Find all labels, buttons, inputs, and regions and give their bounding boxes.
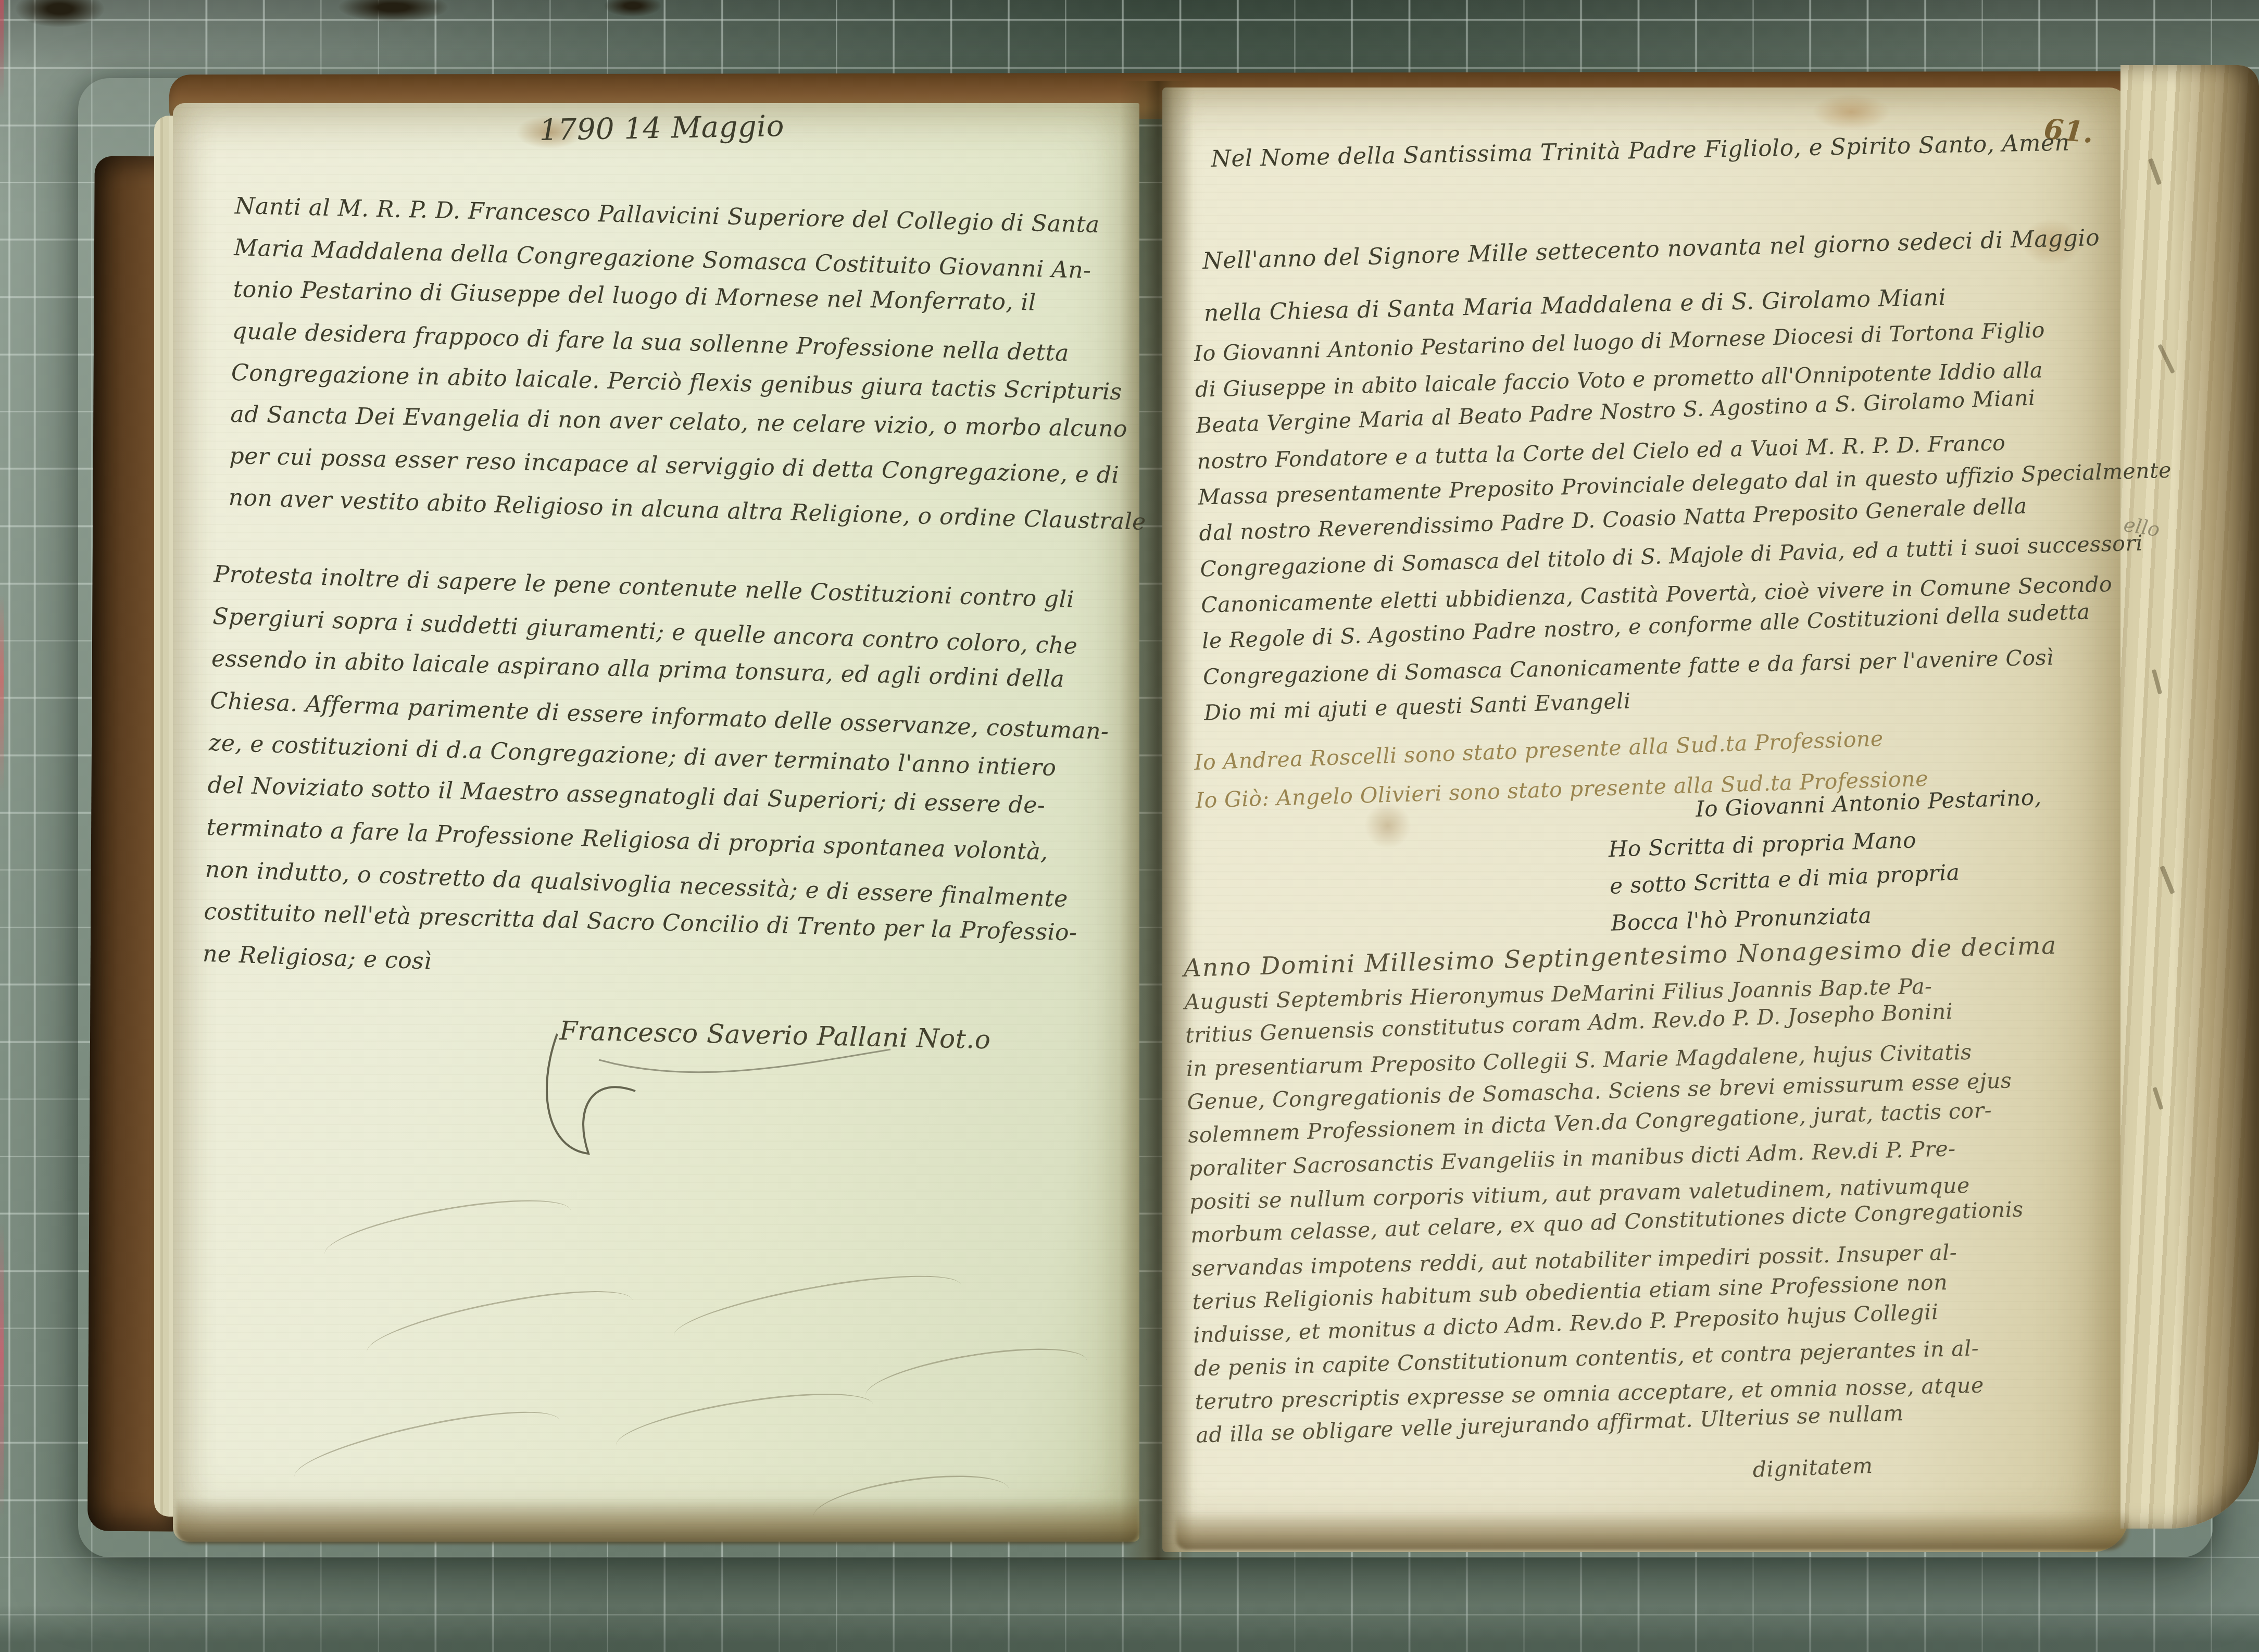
mat-bottom-shadow xyxy=(0,1605,2259,1652)
fore-edge-pages xyxy=(2120,65,2259,1529)
catchword: dignitatem xyxy=(1752,1453,1873,1482)
photo-edge-artifact xyxy=(0,0,4,1652)
fore-edge-ink-mark xyxy=(2157,344,2175,373)
latin-act-paragraph: Anno Domini Millesimo Septingentesimo No… xyxy=(1183,927,2144,1451)
fore-edge-ink-mark xyxy=(2148,158,2162,185)
paper-stain xyxy=(1812,94,1890,130)
fore-edge-ink-mark xyxy=(2160,866,2175,894)
entry-date-heading: 1790 14 Maggio xyxy=(539,109,784,147)
fore-edge-ink-mark xyxy=(2152,1087,2163,1110)
vow-paragraph: Io Giovanni Antonio Pestarino del luogo … xyxy=(1194,310,2141,731)
protest-paragraph: Protesta inoltre di sapere le pene conte… xyxy=(202,553,1120,1002)
professed-attestation: Io Giovanni Antonio Pestarino,Ho Scritta… xyxy=(1607,779,2046,942)
fore-edge-ink-mark xyxy=(2152,669,2162,694)
bottom-edge-stain xyxy=(1176,1511,2129,1550)
photograph-manuscript-on-mat: ello 1790 14 Maggio Nanti al M. R. P. D.… xyxy=(0,0,2259,1652)
consent-paragraph: Nanti al M. R. P. D. Francesco Pallavici… xyxy=(228,185,1141,539)
signature-flourish xyxy=(526,1029,932,1174)
